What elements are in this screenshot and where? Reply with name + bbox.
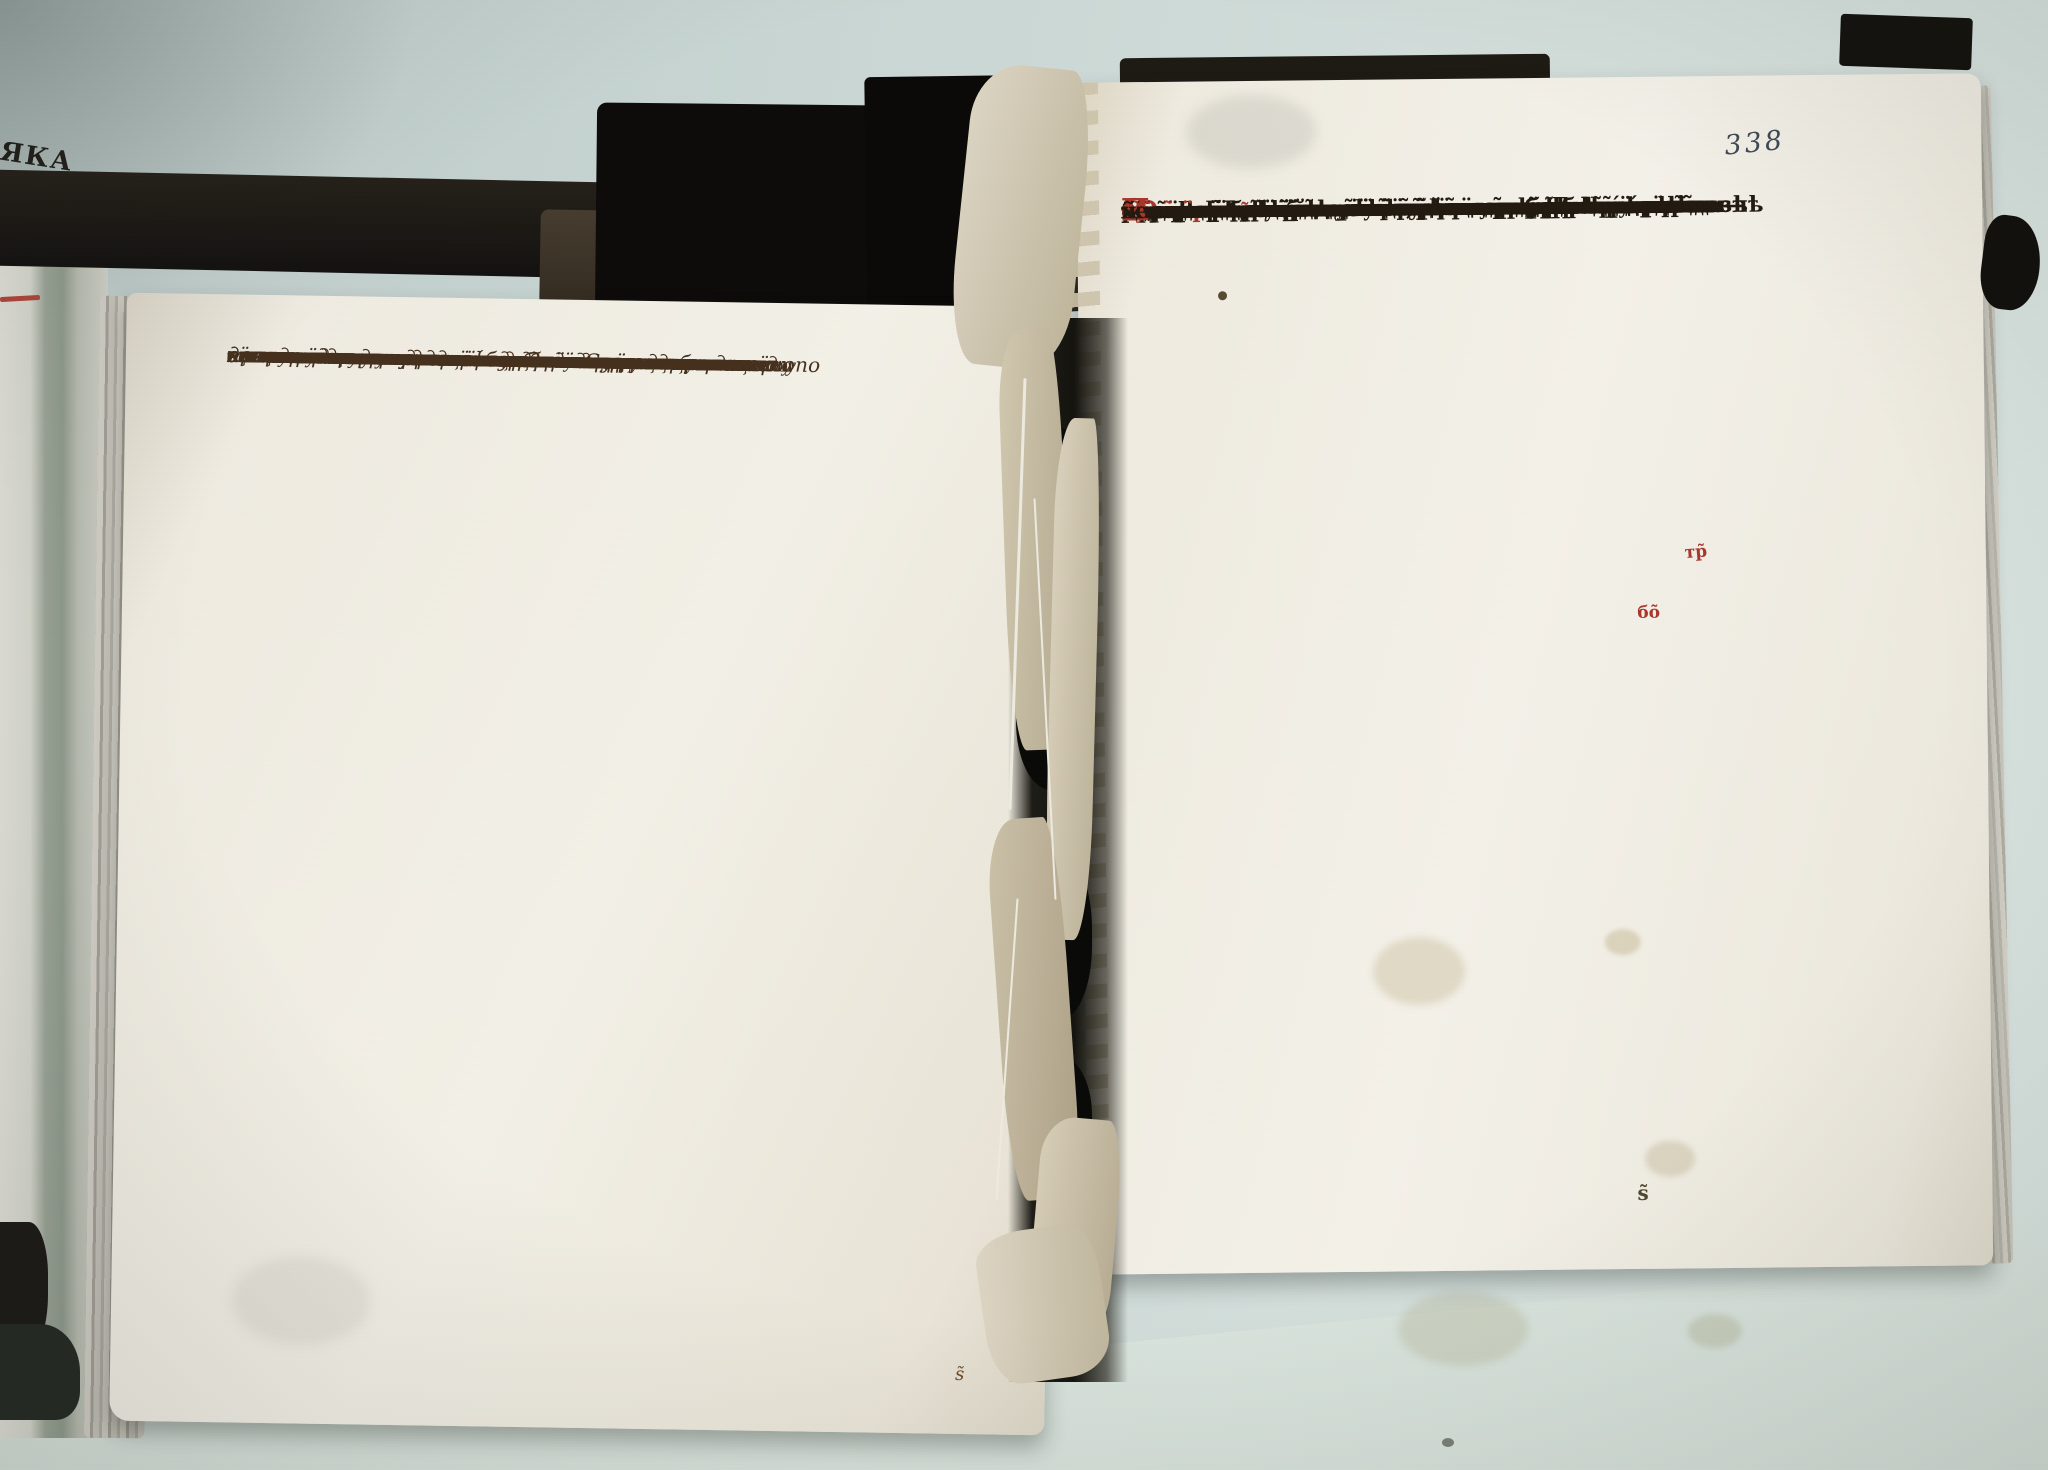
binding-remnant — [1839, 14, 1973, 71]
page-smudge — [230, 1254, 371, 1346]
right-page-text: сънїѣзвѣрёнывшаа· иптицаигадѡ̈· въсе́спс… — [1121, 188, 1681, 194]
left-page-text: ствоваетижмѧ · инеѡставилаетижматривзаив… — [210, 340, 927, 1312]
page-stain — [1373, 937, 1466, 1006]
dark-object-corner — [0, 1324, 80, 1420]
margin-note-troichen: тр̃ — [1684, 541, 1708, 563]
binding-remnant — [0, 169, 614, 278]
page-stain — [1645, 1140, 1695, 1177]
left-page: ствоваетижмѧ · инеѡставилаетижматривзаив… — [109, 293, 1062, 1436]
leather-fragment — [1976, 213, 2045, 313]
page-speck — [1218, 291, 1227, 300]
margin-note-bogorodichen: бо̃ — [1637, 603, 1660, 623]
surface-stain — [1398, 1292, 1528, 1366]
quire-mark: ѕ̃ — [1637, 1181, 1649, 1205]
page-stain — [1605, 929, 1641, 955]
right-page: 338 сънїѣзвѣрёнывшаа· иптицаигадѡ̈· въсе… — [1076, 73, 1993, 1274]
folio-number: 338 — [1723, 125, 1786, 162]
page-stain — [1186, 94, 1317, 169]
manuscript-line: вѣнаивѣсивыти · невѣстыимидѣлывгасрѣжест… — [226, 340, 794, 381]
surface-speck — [1442, 1438, 1454, 1447]
manuscript-photo: ЯКА И ствоваетижмѧ · инеѡставилаетижматр… — [0, 0, 2048, 1470]
ink-segment: х̃е· вънетлѣноетвоегожитїасподобиприста — [1121, 188, 1685, 228]
quire-mark: ѕ̃ — [955, 1364, 965, 1385]
surface-stain — [1688, 1314, 1742, 1348]
binding-remnant — [595, 102, 889, 323]
